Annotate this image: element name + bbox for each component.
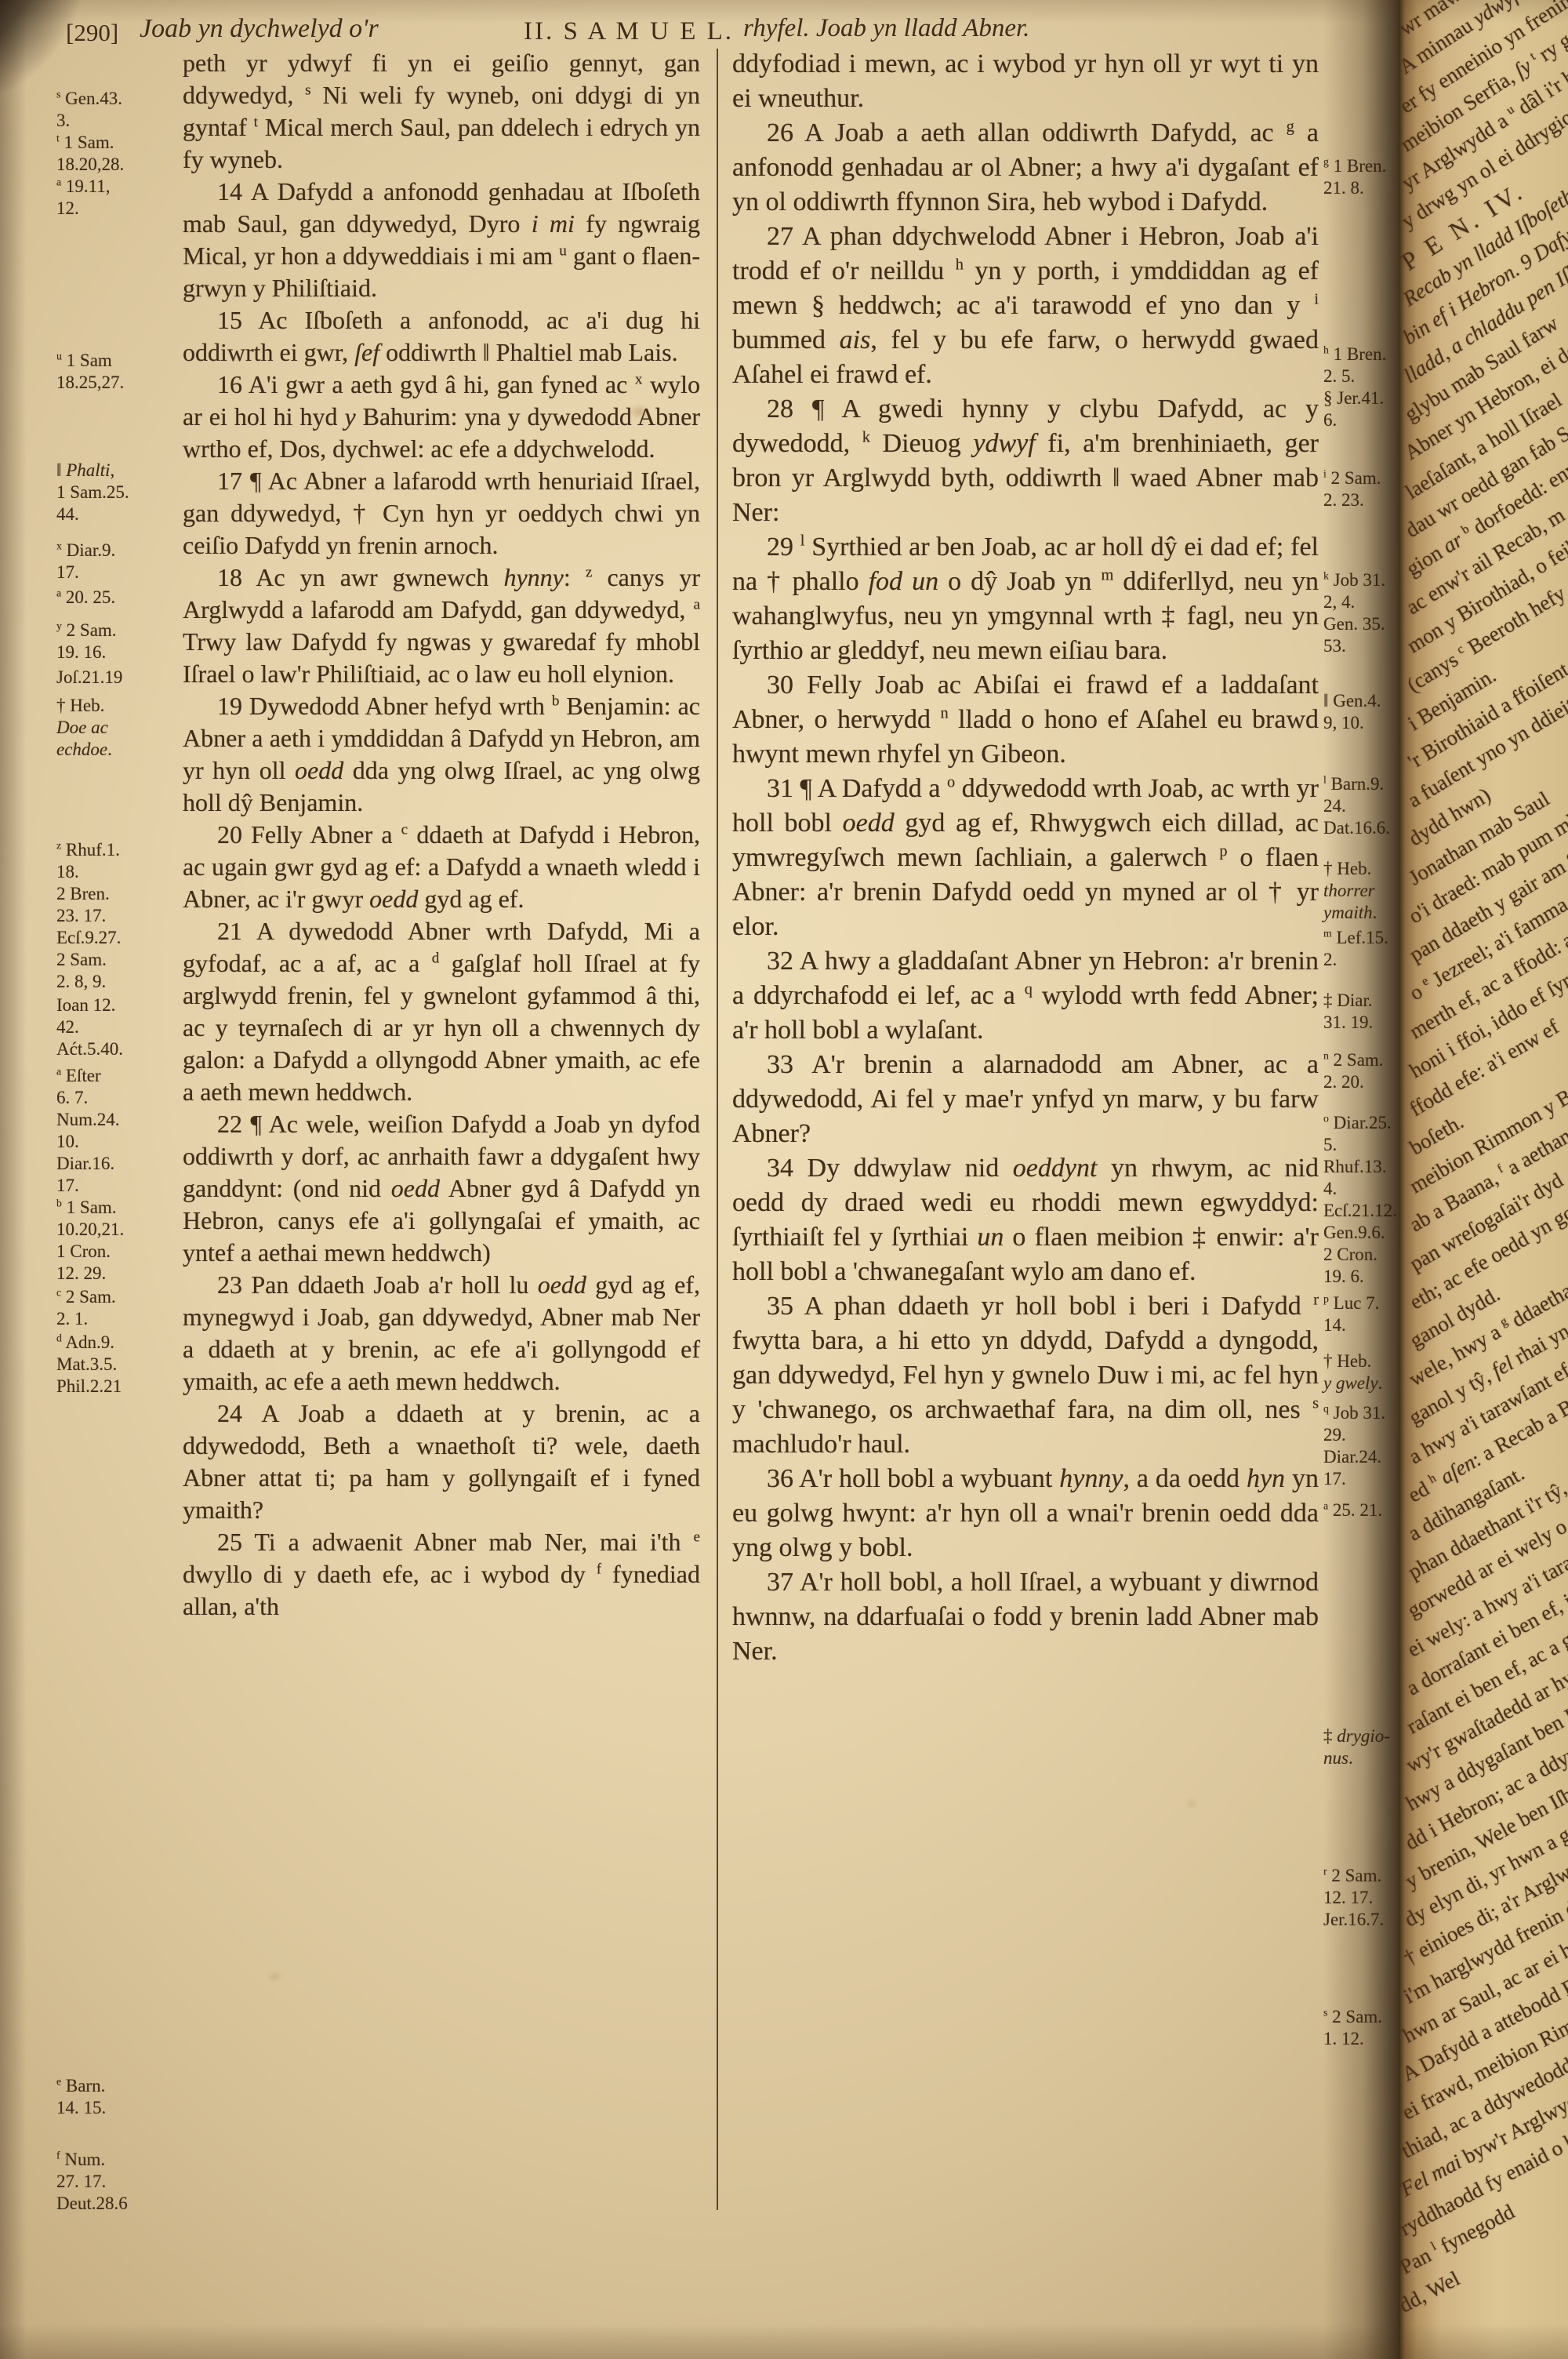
folio-number: [290] <box>66 19 118 47</box>
verse-paragraph: 33 A'r brenin a alarnadodd am Abner, ac … <box>732 1048 1319 1151</box>
verse-paragraph: 19 Dywedodd Abner hefyd wrth b Benjamin:… <box>183 690 700 819</box>
margin-note: c 2 Sam.2. 1. <box>56 1286 116 1330</box>
margin-note: e Barn.14. 15. <box>56 2075 106 2119</box>
verse-paragraph: 24 A Joab a ddaeth at y brenin, ac a ddy… <box>183 1398 700 1526</box>
margin-note: k Job 31.2, 4.Gen. 35.53. <box>1323 569 1385 657</box>
verse-paragraph: 35 A phan ddaeth yr holl bobl i beri i D… <box>732 1289 1319 1462</box>
verse-paragraph: 27 A phan ddychwelodd Abner i Hebron, Jo… <box>732 220 1319 392</box>
verse-paragraph: 36 A'r holl bobl a wybuant hynny, a da o… <box>732 1462 1319 1565</box>
margin-note: a 19.11,12. <box>56 176 111 220</box>
margin-note: ‡ drygio-nus. <box>1323 1725 1390 1769</box>
margin-note: † Heb.Doe acechdoe. <box>56 695 112 761</box>
margin-note: p Luc 7.14. <box>1323 1292 1379 1336</box>
margin-note: a 20. 25. <box>56 587 115 609</box>
margin-note: g 1 Bren.21. 8. <box>1323 155 1386 199</box>
margin-note: h 1 Bren.2. 5.§ Jer.41.6. <box>1323 343 1386 431</box>
verse-paragraph: 18 Ac yn awr gwnewch hynny: z canys yr A… <box>183 562 700 690</box>
margin-note: s 2 Sam.1. 12. <box>1323 2006 1382 2050</box>
margin-note: Aćt.5.40. <box>56 1038 123 1060</box>
running-head-right: rhyfel. Joab yn lladd Abner. <box>743 14 1029 43</box>
margin-note: Ioan 12.42. <box>56 994 115 1038</box>
book-page-scan: [290] Joab yn dychwelyd o'r II. S A M U … <box>0 0 1568 2359</box>
margin-note: † Heb.y gwely. <box>1323 1350 1382 1394</box>
verse-paragraph: 21 A dywedodd Abner wrth Dafydd, Mi a gy… <box>183 915 700 1108</box>
margin-note: † Heb.thorrerymaith. <box>1323 858 1377 924</box>
margin-note: y 2 Sam.19. 16. <box>56 620 117 663</box>
verse-paragraph: 26 A Joab a aeth allan oddiwrth Dafydd, … <box>732 116 1319 220</box>
margin-note: d Adn.9.Mat.3.5.Phil.2.21 <box>56 1332 122 1398</box>
left-text-column: peth yr ydwyf fi yn ei geiſio gennyt, ga… <box>183 47 700 1623</box>
margin-note: 1 Cron.12. 29. <box>56 1241 111 1285</box>
verse-paragraph: 23 Pan ddaeth Joab a'r holl lu oedd gyd … <box>183 1269 700 1398</box>
verse-paragraph: 31 ¶ A Dafydd a o ddywedodd wrth Joab, a… <box>732 772 1319 944</box>
margin-note: t 1 Sam.18.20,28. <box>56 132 124 176</box>
margin-note: f Num.27. 17.Deut.28.6 <box>56 2149 128 2215</box>
verse-paragraph: 37 A'r holl bobl, a holl Iſrael, a wybua… <box>732 1565 1319 1669</box>
margin-note: ‖ Phalti,1 Sam.25.44. <box>56 460 129 525</box>
verse-paragraph: 30 Felly Joab ac Abiſai ei frawd ef a la… <box>732 668 1319 772</box>
verse-continuation: peth yr ydwyf fi yn ei geiſio gennyt, ga… <box>183 47 700 176</box>
margin-note: l Barn.9.24.Dat.16.6. <box>1323 773 1390 839</box>
margin-note: q Job 31.29.Diar.24.17. <box>1323 1402 1385 1490</box>
margin-note: x Diar.9.17. <box>56 540 115 583</box>
margin-note: r 2 Sam.12. 17.Jer.16.7. <box>1323 1865 1384 1931</box>
margin-note: u 1 Sam18.25,27. <box>56 350 124 394</box>
verse-paragraph: 16 A'i gwr a aeth gyd â hi, gan fyned ac… <box>183 369 700 465</box>
margin-note: ‖ Gen.4.9, 10. <box>1323 690 1381 734</box>
running-head-center: II. S A M U E L. <box>524 17 734 46</box>
margin-note: 2 Bren.23. 17. <box>56 883 110 927</box>
running-head-left: Joab yn dychwelyd o'r <box>140 14 379 44</box>
margin-note: a 25. 21. <box>1323 1499 1382 1521</box>
margin-note: i 2 Sam.2. 23. <box>1323 467 1381 511</box>
verse-paragraph: 15 Ac Iſboſeth a anfonodd, ac a'i dug hi… <box>183 304 700 369</box>
verse-paragraph: 20 Felly Abner a c ddaeth at Dafydd i He… <box>183 819 700 915</box>
facing-page-edge: Oni wyddowr mawr ſyrthio heA minnau ydwy… <box>1400 0 1568 2359</box>
margin-note: s Gen.43.3. <box>56 88 122 132</box>
verse-paragraph: 22 ¶ Ac wele, weiſion Dafydd a Joab yn d… <box>183 1108 700 1269</box>
verse-paragraph: 34 Dy ddwylaw nid oeddynt yn rhwym, ac n… <box>732 1151 1319 1289</box>
margin-note: Diar.16.17. <box>56 1153 114 1197</box>
verse-paragraph: 29 l Syrthied ar ben Joab, ac ar holl dŷ… <box>732 530 1319 668</box>
margin-note: b 1 Sam.10.20,21. <box>56 1197 124 1241</box>
margin-note: n 2 Sam.2. 20. <box>1323 1049 1384 1093</box>
margin-note: Ecſ.9.27.2 Sam.2. 8, 9. <box>56 927 121 993</box>
verse-paragraph: 14 A Dafydd a anfonodd genhadau at Iſboſ… <box>183 176 700 304</box>
margin-note: Joſ.21.19 <box>56 667 122 689</box>
column-divider-rule <box>717 49 718 2210</box>
right-text-column: ddyfodiad i mewn, ac i wybod yr hyn oll … <box>732 47 1319 1669</box>
margin-note: Num.24.10. <box>56 1109 120 1153</box>
margin-note: ‡ Diar.31. 19. <box>1323 990 1373 1034</box>
verse-paragraph: 32 A hwy a gladdaſant Abner yn Hebron: a… <box>732 944 1319 1048</box>
verse-paragraph: 17 ¶ Ac Abner a lafarodd wrth henuriaid … <box>183 465 700 562</box>
margin-note: o Diar.25.5.Rhuf.13.4.Ecſ.21.12.Gen.9.6.… <box>1323 1112 1397 1288</box>
verse-paragraph: 28 ¶ A gwedi hynny y clybu Dafydd, ac y … <box>732 392 1319 530</box>
verse-paragraph: 25 Ti a adwaenit Abner mab Ner, mai i'th… <box>183 1526 700 1623</box>
margin-note: a Eſter6. 7. <box>56 1065 101 1109</box>
margin-note: m Lef.15.2. <box>1323 927 1388 971</box>
verse-continuation: ddyfodiad i mewn, ac i wybod yr hyn oll … <box>732 47 1319 116</box>
margin-note: z Rhuf.1.18. <box>56 839 120 883</box>
